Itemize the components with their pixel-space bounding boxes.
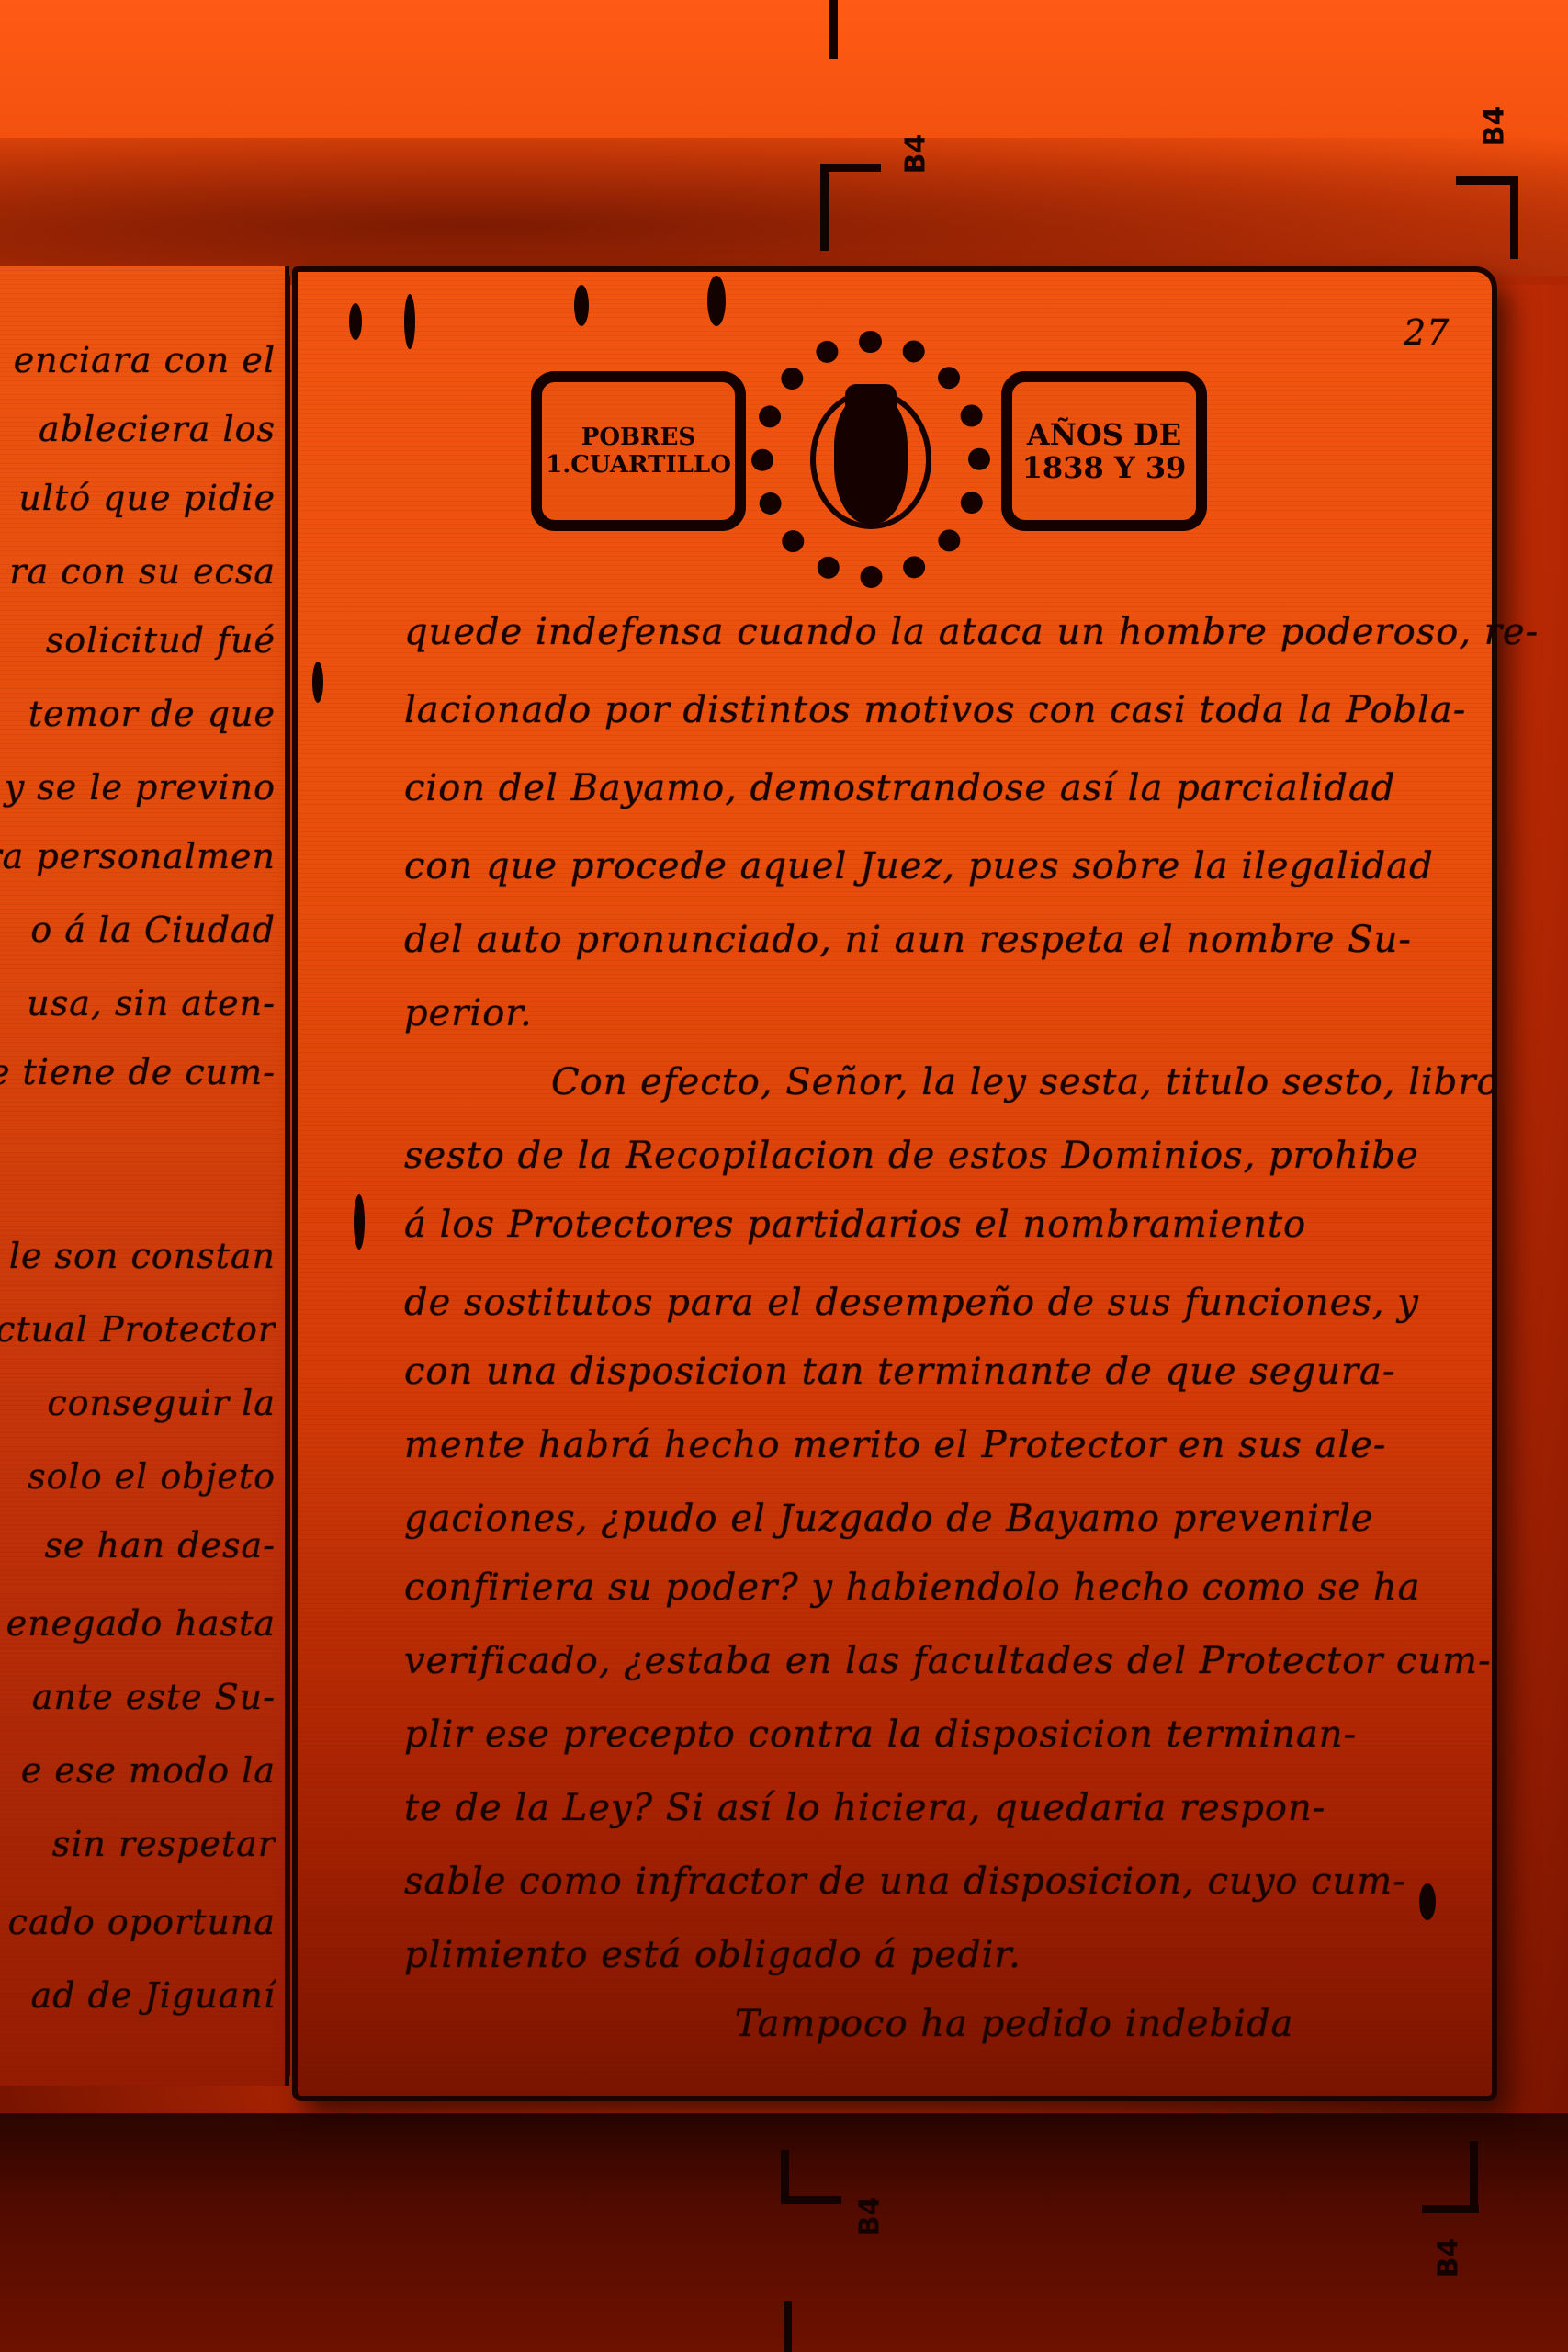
ink-blot — [354, 1194, 365, 1249]
ink-blot — [404, 294, 415, 349]
crop-mark-bottom-center-tick — [784, 2301, 792, 2352]
manuscript-line: confiriera su poder? y habiendolo hecho … — [404, 1566, 1421, 1609]
manuscript-line: cion del Bayamo, demostrandose así la pa… — [404, 767, 1395, 809]
crop-mark-bottom-center-h — [781, 2196, 841, 2204]
left-manuscript-line: solo el objeto — [0, 1456, 276, 1497]
crop-mark-top-left-corner-h — [820, 164, 881, 172]
ink-blot — [349, 303, 362, 340]
ink-blot — [707, 276, 726, 326]
manuscript-line: quede indefensa cuando la ataca un hombr… — [404, 611, 1539, 653]
crop-label-top-center: B4 — [899, 134, 931, 175]
crop-label-bottom-center: B4 — [853, 2197, 886, 2237]
left-manuscript-line: le son constan — [0, 1236, 276, 1276]
manuscript-line: de sostitutos para el desempeño de sus f… — [404, 1282, 1419, 1324]
left-manuscript-line: ctual Protector — [0, 1309, 276, 1350]
crop-label-bottom-right: B4 — [1432, 2238, 1464, 2278]
manuscript-line: te de la Ley? Si así lo hiciera, quedari… — [404, 1787, 1325, 1829]
manuscript-line: Con efecto, Señor, la ley sesta, titulo … — [551, 1061, 1500, 1103]
manuscript-line: sesto de la Recopilacion de estos Domini… — [404, 1135, 1419, 1177]
left-manuscript-line: ra con su ecsa — [0, 551, 276, 592]
crop-mark-bottom-right-v — [1470, 2141, 1478, 2212]
ink-blot — [312, 661, 323, 703]
royal-seal-icon — [751, 331, 990, 588]
left-page — [0, 266, 289, 2086]
crop-mark-top-right-corner-v — [1510, 176, 1518, 259]
crop-mark-top-left-corner-v — [820, 164, 829, 251]
manuscript-line: verificado, ¿estaba en las facultades de… — [404, 1640, 1492, 1682]
ink-blot — [1419, 1883, 1436, 1920]
left-manuscript-line: sin respetar — [0, 1824, 276, 1864]
left-manuscript-line: ra personalmen — [0, 836, 276, 876]
manuscript-line: lacionado por distintos motivos con casi… — [404, 689, 1466, 731]
page-binding-edge — [287, 276, 290, 2076]
left-manuscript-line: conseguir la — [0, 1383, 276, 1423]
manuscript-line: con que procede aquel Juez, pues sobre l… — [404, 845, 1434, 888]
paper-texture — [0, 266, 285, 2086]
crop-mark-top-right-corner-h — [1456, 176, 1518, 185]
manuscript-line: perior. — [404, 992, 533, 1035]
left-manuscript-line: e ese modo la — [0, 1750, 276, 1791]
stamp-right-line-1: AÑOS DE — [1022, 418, 1187, 451]
manuscript-line: Tampoco ha pedido indebida — [735, 2003, 1293, 2045]
left-manuscript-line: e tiene de cum- — [0, 1052, 276, 1092]
left-manuscript-line: ad de Jiguaní — [0, 1975, 276, 2016]
crop-mark-bottom-center-v — [781, 2150, 789, 2203]
stamp-pobres-box: POBRES 1.CUARTILLO — [531, 371, 746, 531]
stamp-left-line-2: 1.CUARTILLO — [546, 451, 731, 479]
crop-mark-top-center-tick — [829, 0, 838, 59]
manuscript-line: á los Protectores partidarios el nombram… — [404, 1204, 1306, 1246]
manuscript-line: plimiento está obligado á pedir. — [404, 1934, 1021, 1976]
left-manuscript-line: ableciera los — [0, 409, 276, 449]
page-number: 27 — [1404, 312, 1450, 353]
left-manuscript-line: se han desa- — [0, 1525, 276, 1566]
left-manuscript-line: ultó que pidie — [0, 478, 276, 518]
manuscript-line: del auto pronunciado, ni aun respeta el … — [404, 919, 1412, 961]
stamp-right-line-2: 1838 Y 39 — [1022, 451, 1187, 484]
left-manuscript-line: cado oportuna — [0, 1902, 276, 1942]
page-shadow — [0, 138, 1568, 285]
left-manuscript-line: y se le previno — [0, 767, 276, 808]
stamp-years-box: AÑOS DE 1838 Y 39 — [1001, 371, 1207, 531]
left-manuscript-line: enegado hasta — [0, 1603, 276, 1644]
manuscript-line: sable como infractor de una disposicion,… — [404, 1860, 1406, 1903]
left-manuscript-line: ante este Su- — [0, 1677, 276, 1717]
left-manuscript-line: enciara con el — [0, 340, 276, 380]
ink-blot — [574, 285, 589, 326]
left-manuscript-line: usa, sin aten- — [0, 983, 276, 1023]
left-manuscript-line: solicitud fué — [0, 620, 276, 661]
crop-label-top-right: B4 — [1478, 107, 1510, 147]
stamp-left-line-1: POBRES — [546, 424, 731, 451]
manuscript-line: gaciones, ¿pudo el Juzgado de Bayamo pre… — [404, 1498, 1373, 1540]
manuscript-line: plir ese precepto contra la disposicion … — [404, 1713, 1357, 1756]
manuscript-line: con una disposicion tan terminante de qu… — [404, 1351, 1395, 1393]
left-manuscript-line: o á la Ciudad — [0, 910, 276, 950]
left-manuscript-line: temor de que — [0, 694, 276, 734]
coat-of-arms-icon — [834, 395, 908, 524]
manuscript-line: mente habrá hecho merito el Protector en… — [404, 1424, 1386, 1466]
